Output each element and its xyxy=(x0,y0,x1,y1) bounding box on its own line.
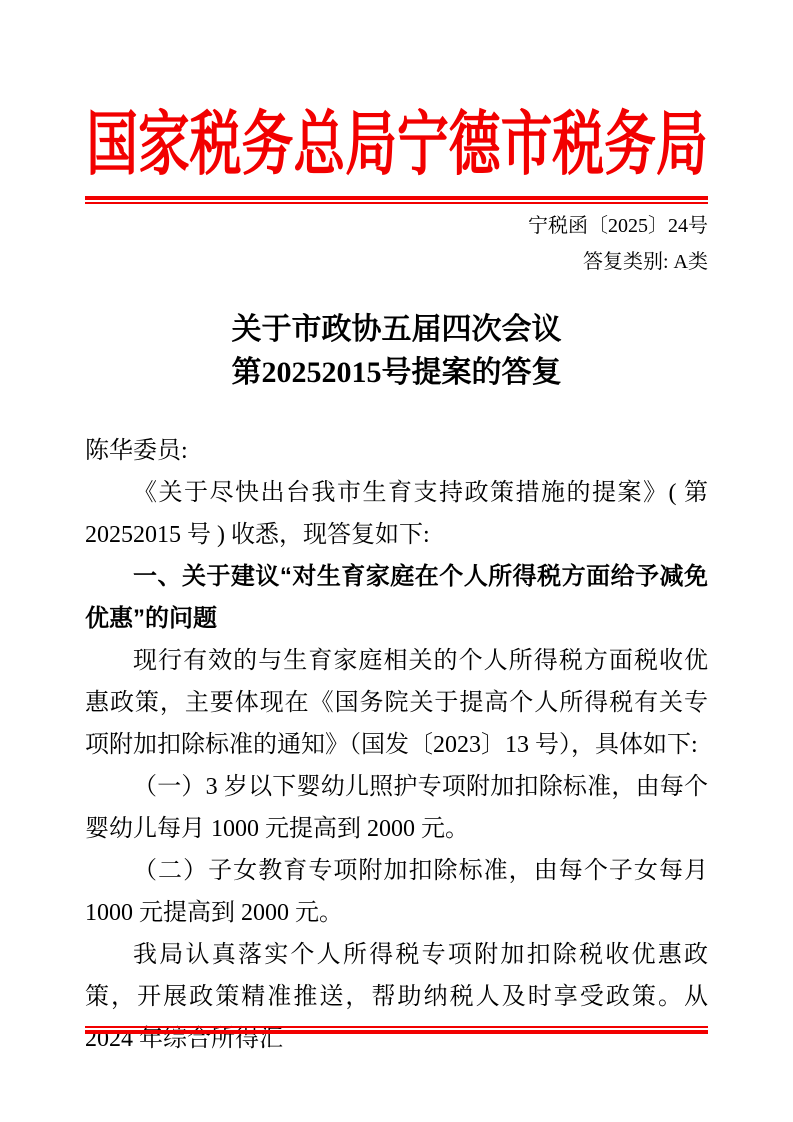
rule-thick-bar xyxy=(85,1030,708,1034)
document-meta: 宁税函〔2025〕24号 答复类别: A类 xyxy=(85,208,708,280)
footer-double-rule xyxy=(85,1026,708,1034)
paragraph: （二）子女教育专项附加扣除标准，由每个子女每月 1000 元提高到 2000 元… xyxy=(85,850,708,934)
document-title: 关于市政协五届四次会议 第20252015号提案的答复 xyxy=(85,308,708,394)
document-page: 国家税务总局宁德市税务局 宁税函〔2025〕24号 答复类别: A类 关于市政协… xyxy=(0,0,793,1122)
paragraph: 现行有效的与生育家庭相关的个人所得税方面税收优惠政策，主要体现在《国务院关于提高… xyxy=(85,640,708,766)
document-title-line2: 第20252015号提案的答复 xyxy=(85,351,708,394)
paragraph: 《关于尽快出台我市生育支持政策措施的提案》( 第 20252015 号 ) 收悉… xyxy=(85,472,708,556)
rule-thin-bar xyxy=(85,202,708,204)
agency-masthead: 国家税务总局宁德市税务局 xyxy=(86,106,708,186)
document-body: 陈华委员: 《关于尽快出台我市生育支持政策措施的提案》( 第 20252015 … xyxy=(85,430,708,1060)
page-content: 宁税函〔2025〕24号 答复类别: A类 关于市政协五届四次会议 第20252… xyxy=(85,196,708,1060)
paragraph: 我局认真落实个人所得税专项附加扣除税收优惠政策，开展政策精准推送，帮助纳税人及时… xyxy=(85,934,708,1060)
salutation: 陈华委员: xyxy=(85,430,708,472)
reply-category: 答复类别: A类 xyxy=(85,244,708,280)
section-heading: 一、关于建议“对生育家庭在个人所得税方面给予减免优惠”的问题 xyxy=(85,556,708,640)
document-title-line1: 关于市政协五届四次会议 xyxy=(85,308,708,351)
header-double-rule xyxy=(85,196,708,204)
paragraph: （一）3 岁以下婴幼儿照护专项附加扣除标准，由每个婴幼儿每月 1000 元提高到… xyxy=(85,766,708,850)
document-number: 宁税函〔2025〕24号 xyxy=(85,208,708,244)
